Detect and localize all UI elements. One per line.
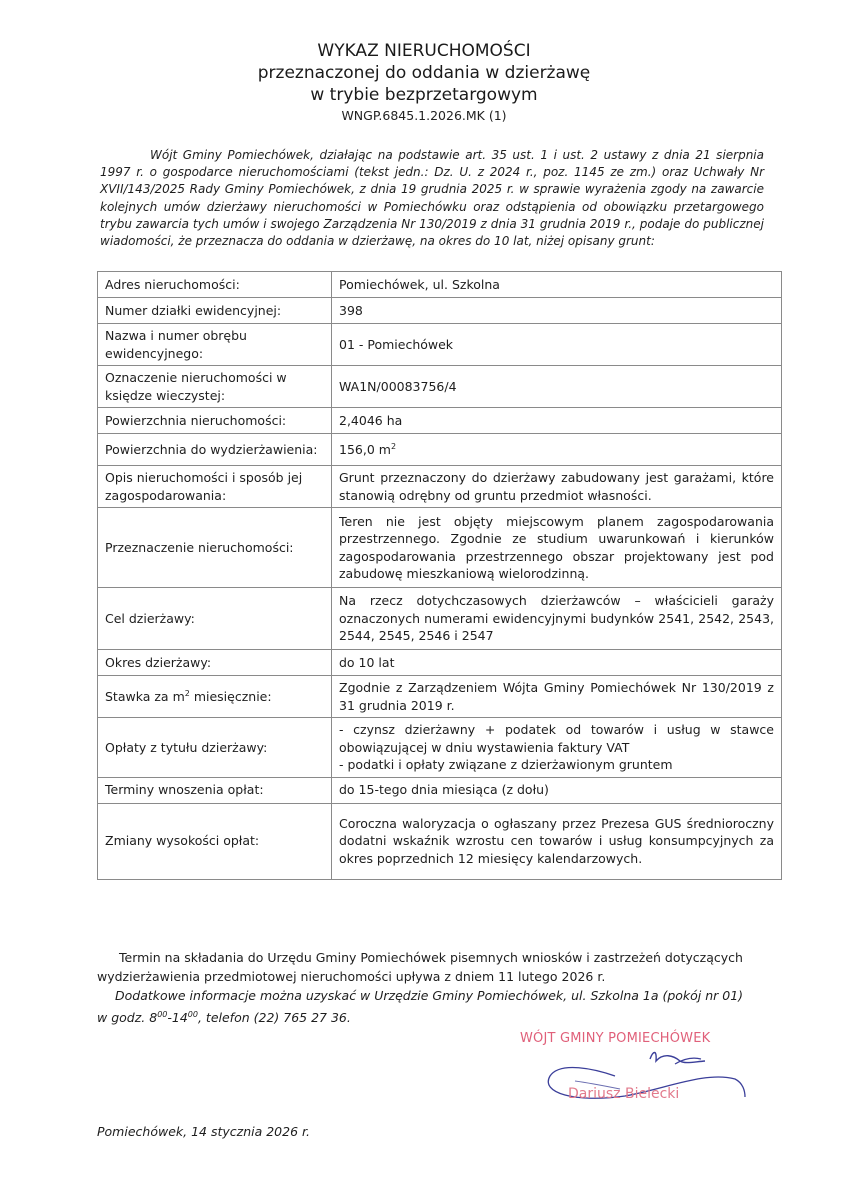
table-row: Oznaczenie nieruchomości w księdze wiecz… bbox=[98, 366, 782, 408]
office-hours: w godz. 800-1400, telefon (22) 765 27 36… bbox=[97, 1006, 767, 1028]
row-value: 398 bbox=[332, 298, 782, 324]
row-label: Nazwa i numer obrębu ewidencyjnego: bbox=[98, 324, 332, 366]
table-row: Adres nieruchomości:Pomiechówek, ul. Szk… bbox=[98, 272, 782, 298]
row-label: Stawka za m2 miesięcznie: bbox=[98, 676, 332, 718]
row-value: 01 - Pomiechówek bbox=[332, 324, 782, 366]
document-header: WYKAZ NIERUCHOMOŚCI przeznaczonej do odd… bbox=[0, 40, 848, 125]
property-table: Adres nieruchomości:Pomiechówek, ul. Szk… bbox=[97, 271, 782, 880]
row-label: Przeznaczenie nieruchomości: bbox=[98, 508, 332, 588]
title-line-2: przeznaczonej do oddania w dzierżawę bbox=[0, 62, 848, 84]
reference-number: WNGP.6845.1.2026.MK (1) bbox=[0, 107, 848, 125]
row-value: WA1N/00083756/4 bbox=[332, 366, 782, 408]
document-page: WYKAZ NIERUCHOMOŚCI przeznaczonej do odd… bbox=[0, 0, 848, 1200]
table-row: Powierzchnia nieruchomości:2,4046 ha bbox=[98, 408, 782, 434]
table-row: Nazwa i numer obrębu ewidencyjnego:01 - … bbox=[98, 324, 782, 366]
row-value: Coroczna waloryzacja o ogłaszany przez P… bbox=[332, 803, 782, 879]
row-label: Oznaczenie nieruchomości w księdze wiecz… bbox=[98, 366, 332, 408]
row-value: Na rzecz dotychczasowych dzierżawców – w… bbox=[332, 588, 782, 650]
row-label: Adres nieruchomości: bbox=[98, 272, 332, 298]
table-row: Terminy wnoszenia opłat:do 15-tego dnia … bbox=[98, 777, 782, 803]
place-and-date: Pomiechówek, 14 stycznia 2026 r. bbox=[97, 1124, 310, 1139]
row-label: Zmiany wysokości opłat: bbox=[98, 803, 332, 879]
official-stamp: WÓJT GMINY POMIECHÓWEK Dariusz Bielecki bbox=[515, 1031, 755, 1111]
table-row: Okres dzierżawy:do 10 lat bbox=[98, 650, 782, 676]
row-label: Opłaty z tytułu dzierżawy: bbox=[98, 718, 332, 778]
table-row: Numer działki ewidencyjnej:398 bbox=[98, 298, 782, 324]
row-label: Powierzchnia nieruchomości: bbox=[98, 408, 332, 434]
row-value: Teren nie jest objęty miejscowym planem … bbox=[332, 508, 782, 588]
row-value: 156,0 m2 bbox=[332, 434, 782, 466]
info-text: Dodatkowe informacje można uzyskać w Urz… bbox=[97, 987, 767, 1006]
table-row: Opłaty z tytułu dzierżawy:- czynsz dzier… bbox=[98, 718, 782, 778]
row-value: Pomiechówek, ul. Szkolna bbox=[332, 272, 782, 298]
table-row: Opis nieruchomości i sposób jej zagospod… bbox=[98, 466, 782, 508]
row-value: Zgodnie z Zarządzeniem Wójta Gminy Pomie… bbox=[332, 676, 782, 718]
row-value: 2,4046 ha bbox=[332, 408, 782, 434]
table-row: Cel dzierżawy:Na rzecz dotychczasowych d… bbox=[98, 588, 782, 650]
table-row: Przeznaczenie nieruchomości:Teren nie je… bbox=[98, 508, 782, 588]
intro-paragraph: Wójt Gminy Pomiechówek, działając na pod… bbox=[100, 147, 764, 250]
intro-text: Wójt Gminy Pomiechówek, działając na pod… bbox=[100, 148, 764, 248]
title-line-3: w trybie bezprzetargowym bbox=[0, 84, 848, 106]
row-label: Numer działki ewidencyjnej: bbox=[98, 298, 332, 324]
table-row: Stawka za m2 miesięcznie:Zgodnie z Zarzą… bbox=[98, 676, 782, 718]
table-row: Powierzchnia do wydzierżawienia:156,0 m2 bbox=[98, 434, 782, 466]
footer-notes: Termin na składania do Urzędu Gminy Pomi… bbox=[97, 949, 767, 1027]
row-value: Grunt przeznaczony do dzierżawy zabudowa… bbox=[332, 466, 782, 508]
deadline-text: Termin na składania do Urzędu Gminy Pomi… bbox=[97, 949, 767, 986]
row-label: Powierzchnia do wydzierżawienia: bbox=[98, 434, 332, 466]
row-label: Okres dzierżawy: bbox=[98, 650, 332, 676]
row-value: - czynsz dzierżawny + podatek od towarów… bbox=[332, 718, 782, 778]
row-label: Cel dzierżawy: bbox=[98, 588, 332, 650]
row-value: do 15-tego dnia miesiąca (z dołu) bbox=[332, 777, 782, 803]
stamp-name: Dariusz Bielecki bbox=[568, 1086, 679, 1102]
title-line-1: WYKAZ NIERUCHOMOŚCI bbox=[0, 40, 848, 62]
row-label: Terminy wnoszenia opłat: bbox=[98, 777, 332, 803]
row-label: Opis nieruchomości i sposób jej zagospod… bbox=[98, 466, 332, 508]
row-value: do 10 lat bbox=[332, 650, 782, 676]
table-row: Zmiany wysokości opłat:Coroczna waloryza… bbox=[98, 803, 782, 879]
